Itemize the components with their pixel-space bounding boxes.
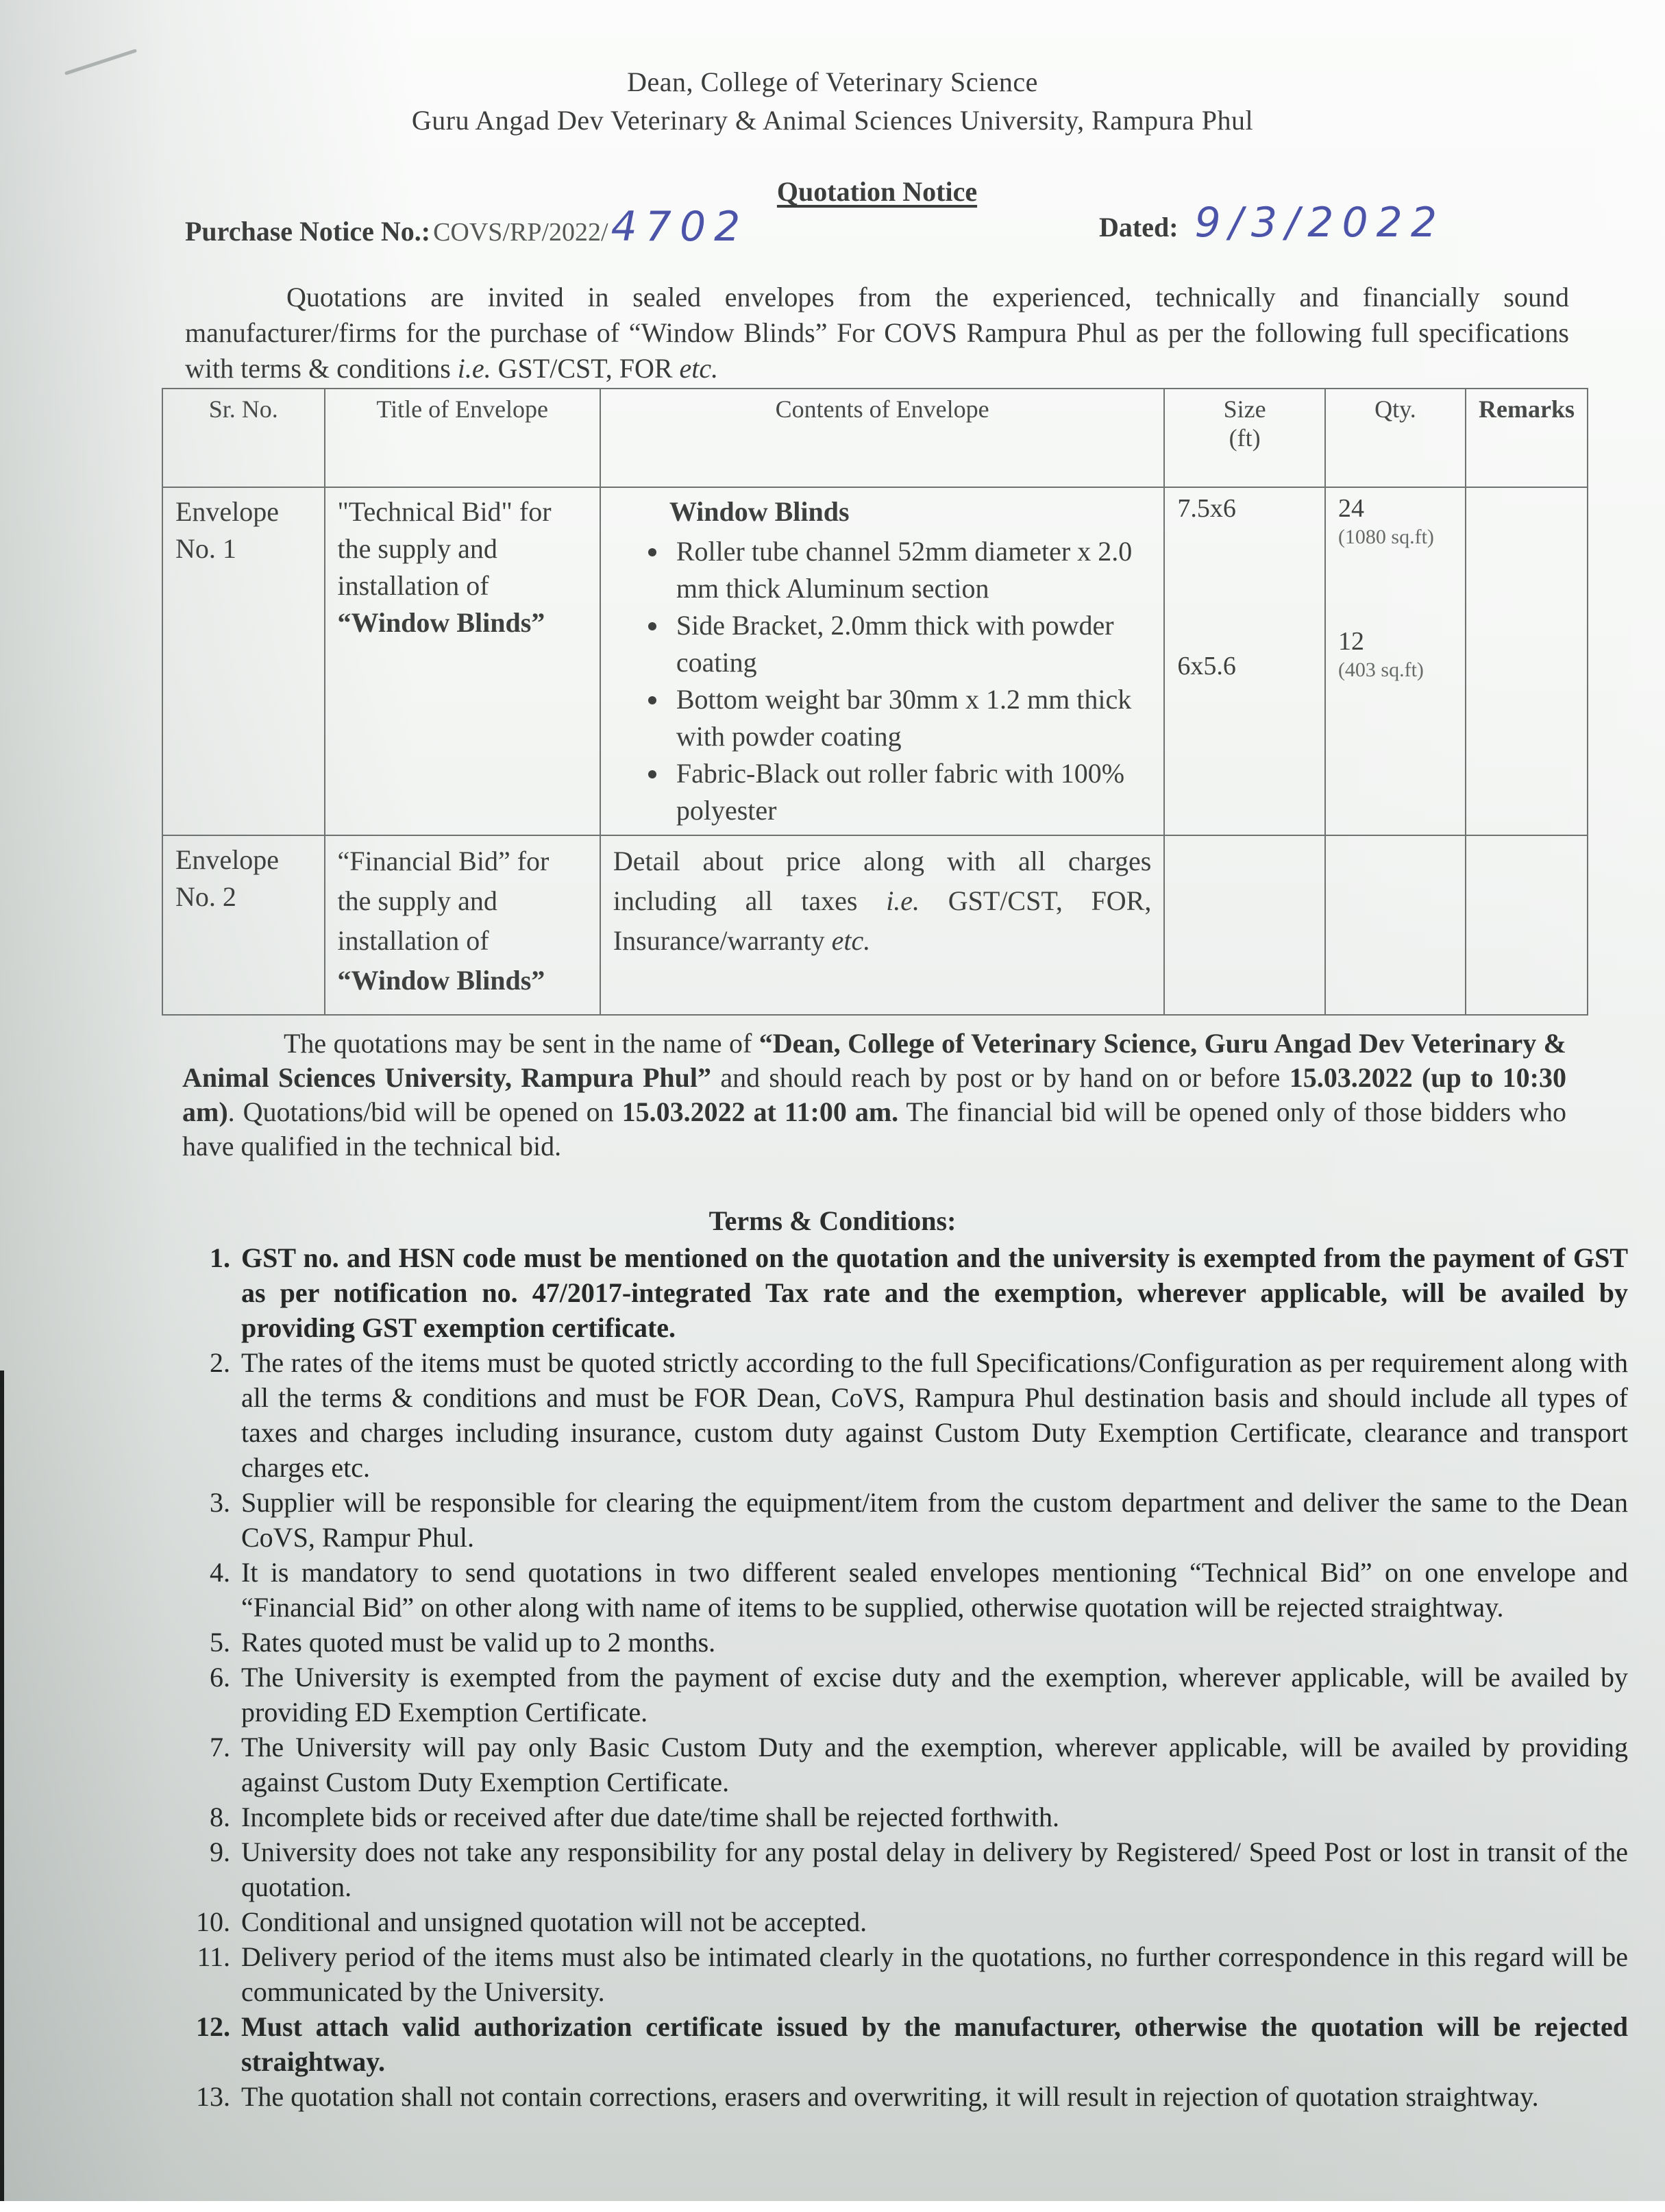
row2-qty bbox=[1325, 835, 1466, 1015]
qty-value: 24 bbox=[1338, 493, 1453, 524]
term-item: Supplier will be responsible for clearin… bbox=[237, 1485, 1628, 1555]
term-item: GST no. and HSN code must be mentioned o… bbox=[237, 1240, 1628, 1345]
header-qty: Qty. bbox=[1325, 389, 1466, 487]
notice-number-handwritten: 4702 bbox=[611, 203, 749, 251]
term-item: Incomplete bids or received after due da… bbox=[237, 1799, 1628, 1834]
table-header-row: Sr. No. Title of Envelope Contents of En… bbox=[162, 389, 1588, 487]
spec-heading: Window Blinds bbox=[601, 493, 1151, 530]
spec-item: Side Bracket, 2.0mm thick with powder co… bbox=[669, 607, 1151, 681]
header-size: Size (ft) bbox=[1164, 389, 1325, 487]
term-item: Delivery period of the items must also b… bbox=[237, 1939, 1628, 2009]
notice-label: Purchase Notice No.: bbox=[185, 216, 430, 247]
intro-paragraph: Quotations are invited in sealed envelop… bbox=[185, 280, 1569, 386]
intro-etc: etc. bbox=[680, 353, 719, 384]
qty-area: (1080 sq.ft) bbox=[1338, 524, 1453, 551]
header-line-2: Guru Angad Dev Veterinary & Animal Scien… bbox=[0, 104, 1665, 136]
header-contents: Contents of Envelope bbox=[600, 389, 1164, 487]
row2-remarks bbox=[1466, 835, 1588, 1015]
size-value: 6x5.6 bbox=[1177, 651, 1312, 681]
row1-qty: 24 (1080 sq.ft) 12 (403 sq.ft) bbox=[1325, 487, 1466, 835]
term-item: Conditional and unsigned quotation will … bbox=[237, 1904, 1628, 1939]
envelope-table: Sr. No. Title of Envelope Contents of En… bbox=[162, 388, 1588, 1016]
qty-area: (403 sq.ft) bbox=[1338, 656, 1453, 684]
row2-size bbox=[1164, 835, 1325, 1015]
bottom-margin bbox=[0, 2201, 1665, 2212]
term-item: Must attach valid authorization certific… bbox=[237, 2009, 1628, 2079]
term-item: The rates of the items must be quoted st… bbox=[237, 1345, 1628, 1485]
row2-sr-no: Envelope No. 2 bbox=[162, 835, 325, 1015]
row2-contents: Detail about price along with all charge… bbox=[600, 835, 1164, 1015]
page-title: Quotation Notice bbox=[777, 176, 977, 207]
date-handwritten: 9/3/2022 bbox=[1195, 199, 1445, 247]
row1-title: "Technical Bid" for the supply and insta… bbox=[325, 487, 600, 835]
size-value: 7.5x6 bbox=[1177, 493, 1312, 524]
notice-prefix: COVS/RP/2022/ bbox=[433, 218, 608, 247]
intro-ie: i.e. bbox=[458, 353, 491, 384]
submission-paragraph: The quotations may be sent in the name o… bbox=[182, 1027, 1566, 1164]
document-page: Dean, College of Veterinary Science Guru… bbox=[0, 0, 1665, 2201]
dated-label: Dated: bbox=[1099, 212, 1179, 243]
dated-field: Dated: 9/3/2022 bbox=[1099, 199, 1445, 247]
term-item: The quotation shall not contain correcti… bbox=[237, 2079, 1628, 2114]
row1-contents: Window Blinds Roller tube channel 52mm d… bbox=[600, 487, 1164, 835]
header-sr-no: Sr. No. bbox=[162, 389, 325, 487]
terms-list: GST no. and HSN code must be mentioned o… bbox=[178, 1240, 1628, 2114]
spec-list: Roller tube channel 52mm diameter x 2.0 … bbox=[601, 533, 1151, 829]
photo-edge-shadow bbox=[0, 1371, 4, 2201]
row1-size: 7.5x6 6x5.6 bbox=[1164, 487, 1325, 835]
intro-text: Quotations are invited in sealed envelop… bbox=[185, 282, 1569, 384]
terms-heading: Terms & Conditions: bbox=[0, 1205, 1665, 1237]
row1-sr-no: Envelope No. 1 bbox=[162, 487, 325, 835]
table-row: Envelope No. 1 "Technical Bid" for the s… bbox=[162, 487, 1588, 835]
header-title: Title of Envelope bbox=[325, 389, 600, 487]
header-line-1: Dean, College of Veterinary Science bbox=[0, 66, 1665, 98]
row1-remarks bbox=[1466, 487, 1588, 835]
purchase-notice-number: Purchase Notice No.: COVS/RP/2022/ 4702 bbox=[185, 203, 748, 251]
table-row: Envelope No. 2 “Financial Bid” for the s… bbox=[162, 835, 1588, 1015]
spec-item: Roller tube channel 52mm diameter x 2.0 … bbox=[669, 533, 1151, 607]
row2-title: “Financial Bid” for the supply and insta… bbox=[325, 835, 600, 1015]
spec-item: Bottom weight bar 30mm x 1.2 mm thick wi… bbox=[669, 681, 1151, 755]
intro-mid: GST/CST, FOR bbox=[491, 353, 680, 384]
term-item: The University will pay only Basic Custo… bbox=[237, 1730, 1628, 1799]
qty-value: 12 bbox=[1338, 626, 1453, 656]
header-remarks: Remarks bbox=[1466, 389, 1588, 487]
opening-time: 15.03.2022 at 11:00 am. bbox=[622, 1096, 899, 1127]
spec-item: Fabric-Black out roller fabric with 100%… bbox=[669, 755, 1151, 829]
term-item: The University is exempted from the paym… bbox=[237, 1660, 1628, 1730]
term-item: University does not take any responsibil… bbox=[237, 1834, 1628, 1904]
term-item: It is mandatory to send quotations in tw… bbox=[237, 1555, 1628, 1625]
term-item: Rates quoted must be valid up to 2 month… bbox=[237, 1625, 1628, 1660]
